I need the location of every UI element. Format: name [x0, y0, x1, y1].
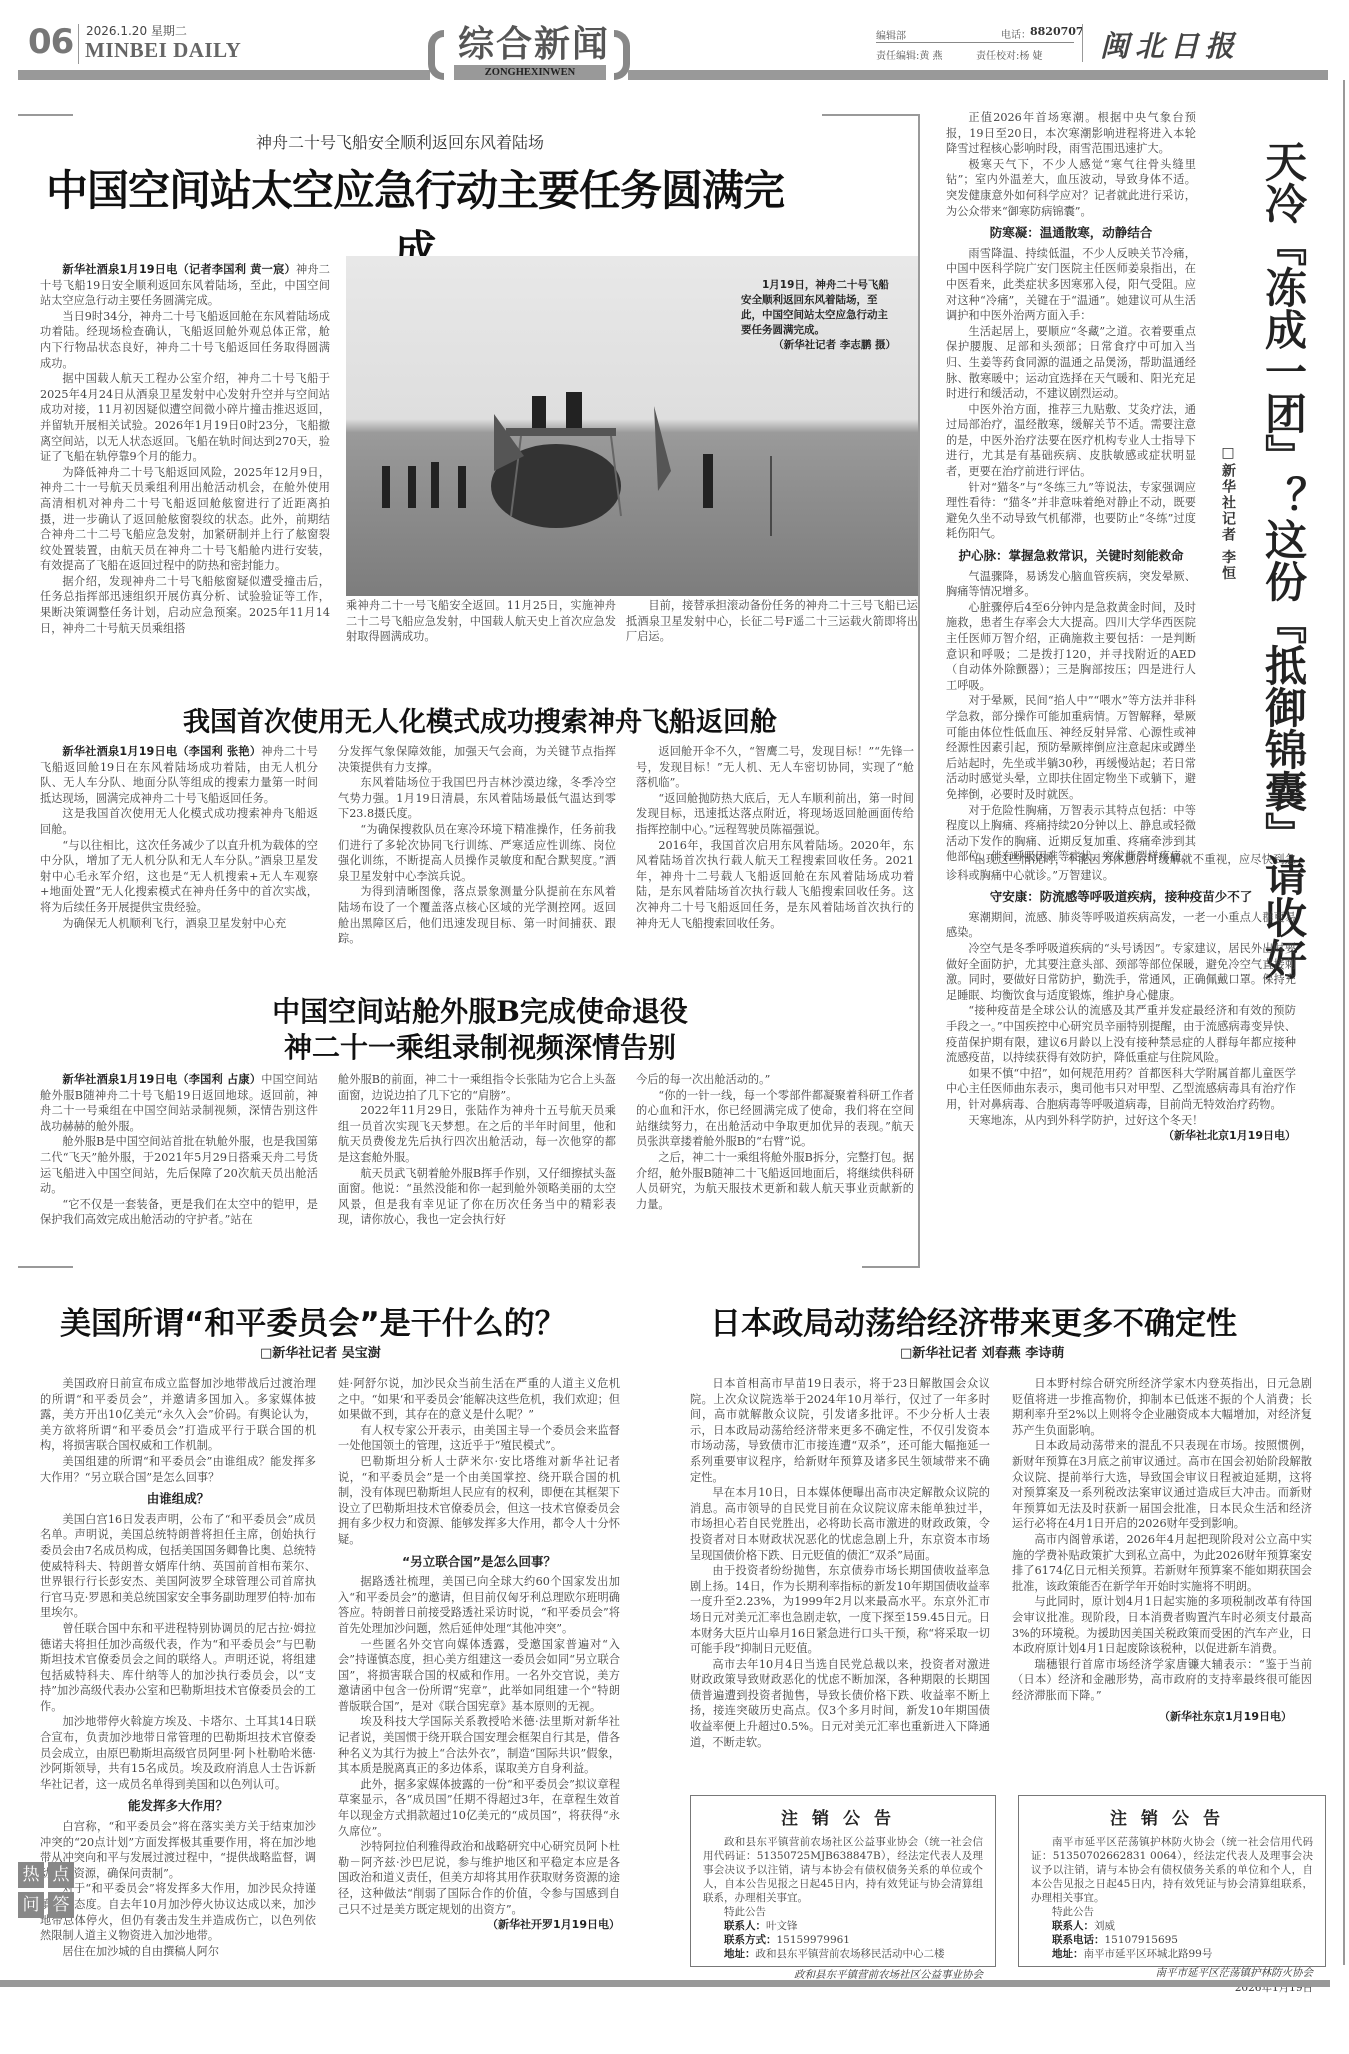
value: 叶文锋	[766, 1920, 798, 1932]
byline: □新华社记者 刘春燕 李诗萌	[900, 1342, 1064, 1361]
label: 地址：	[1052, 1948, 1084, 1960]
article-body-col2: 乘神舟二十一号飞船安全返回。11月25日，实施神舟二十二号飞船应急发射，中国载人…	[346, 598, 616, 645]
notice-deregistration-2: 注销公告 南平市延平区茫荡镇护林防火协会（统一社会信用代码证：513507026…	[1018, 1795, 1326, 1967]
photo-caption: 1月19日，神舟二十号飞船安全顺利返回东风着陆场，至此，中国空间站太空应急行动主…	[741, 278, 896, 353]
notice-contact: 联系人：刘威	[1031, 1919, 1313, 1933]
dateline: （新华社北京1月19日电）	[946, 1128, 1296, 1144]
badge-char: 问	[18, 1892, 44, 1918]
paragraph: 美国白宫16日发表声明，公布了“和平委员会”成员名单。声明说，美国总统特朗普将担…	[40, 1512, 316, 1621]
notice-address: 地址：政和县东平镇营前农场移民活动中心二楼	[703, 1947, 983, 1961]
phone-number: 8820707	[1030, 25, 1084, 38]
notice-phone: 联系电话：15107915695	[1031, 1933, 1313, 1947]
notice-body: 南平市延平区茫荡镇护林防火协会（统一社会信用代码证：51350702662831…	[1031, 1835, 1313, 1905]
paragraph: 日本政局动荡带来的混乱不只表现在市场。按照惯例，新财年预算在3月底之前审议通过。…	[1012, 1438, 1312, 1532]
footer-bar	[0, 1980, 1330, 1987]
notice-body: 政和县东平镇营前农场社区公益事业协会（统一社会信用代码证：51350725MJB…	[703, 1835, 983, 1905]
frame-line	[18, 1266, 73, 1268]
paragraph: 对于晕厥，民间“掐人中”“喂水”等方法并非科学急救，部分操作可能加重病情。万智解…	[946, 693, 1196, 802]
header-bar-right	[628, 70, 1328, 80]
notice-title: 注销公告	[703, 1804, 983, 1829]
paragraph: 此外，据多家媒体披露的一份“和平委员会”拟议章程草案显示，各“成员国”任期不得超…	[338, 1777, 620, 1839]
phone-label: 电话：	[1001, 30, 1031, 41]
paragraph: 寒潮期间，流感、肺炎等呼吸道疾病高发，一老一小重点人群更易感染。	[946, 910, 1296, 941]
label: 联系人：	[724, 1920, 766, 1932]
divider	[1082, 24, 1083, 62]
paragraph: 美国组建的所谓“和平委员会”由谁组成？能发挥多大作用？“另立联合国”是怎么回事？	[40, 1454, 316, 1485]
dateline: （新华社东京1月19日电）	[1012, 1709, 1312, 1725]
paragraph: 为得到清晰图像，落点景象测量分队提前在东风着陆场布设了一个覆盖落点核心区域的光学…	[338, 884, 616, 946]
section-title: 综合新闻	[458, 16, 610, 67]
paragraph: 舱外服B是中国空间站首批在轨舱外服，也是我国第二代“飞天”舱外服，于2021年5…	[40, 1134, 318, 1196]
proofreader: 责任校对:杨 婕	[976, 47, 1043, 62]
article-space-station-emergency: 神舟二十号飞船安全顺利返回东风着陆场 中国空间站太空应急行动主要任务圆满完成 新…	[40, 120, 920, 680]
article-headline-line1: 中国空间站舱外服B完成使命退役	[40, 990, 920, 1030]
paragraph: 埃及科技大学国际关系教授哈米德·法里斯对新华社记者说，美国惯于绕开联合国安理会框…	[338, 1714, 620, 1776]
label: 联系电话：	[1052, 1934, 1105, 1946]
paragraph: 极寒天气下，不少人感觉“寒气往骨头缝里钻”；室内外温差大，血压波动，导致身体不适…	[946, 157, 1196, 219]
paragraph: 据中国载人航天工程办公室介绍，神舟二十号飞船于2025年4月24日从酒泉卫星发射…	[40, 371, 330, 465]
article-body-col2: 分发挥气象保障效能，加强天气会商，为关键节点指挥决策提供有力支撑。 东风着陆场位…	[338, 744, 616, 947]
paragraph: 日本野村综合研究所经济学家木内登英指出，日元急剧贬值将进一步推高物价，抑制本已低…	[1012, 1376, 1312, 1438]
paragraph: 与此同时，原计划4月1日起实施的多项税制改革有待国会审议批准。现阶段，日本消费者…	[1012, 1594, 1312, 1656]
frame-line	[1343, 80, 1345, 1965]
paragraph: 之后，神二十一乘组将舱外服B拆分，完整打包。据介绍，舱外服B随神二十飞船返回地面…	[636, 1150, 914, 1212]
article-body-col1: 新华社酒泉1月19日电（记者李国利 黄一宸）神舟二十号飞船19日安全顺利返回东风…	[40, 262, 330, 636]
notice-deregistration-1: 注销公告 政和县东平镇营前农场社区公益事业协会（统一社会信用代码证：513507…	[690, 1795, 996, 1967]
paragraph: 娃·阿舒尔说，加沙民众当前生活在严重的人道主义危机之中。“如果‘和平委员会’能解…	[338, 1376, 620, 1423]
label: 联系人：	[1052, 1920, 1094, 1932]
article-unmanned-search: 我国首次使用无人化模式成功搜索神舟飞船返回舱 新华社酒泉1月19日电（李国利 张…	[40, 690, 920, 970]
subheading: 由谁组成？	[40, 1491, 316, 1507]
paragraph: 有人权专家公开表示，由美国主导一个委员会来监督一处他国领土的管理，这近乎于“殖民…	[338, 1423, 620, 1454]
paragraph: 2022年11月29日，张陆作为神舟十五号航天员乘组一员首次实现飞天梦想。在之后…	[338, 1103, 616, 1165]
notice-signature: 南平市延平区茫荡镇护林防火协会	[1031, 1965, 1313, 1980]
article-body-col2: 舱外服B的前面，神二十一乘组指令长张陆为它合上头盔面窗，边说边拍了几下它的“肩膀…	[338, 1072, 616, 1228]
frame-line	[862, 1266, 920, 1268]
dept-label: 编辑部	[876, 27, 906, 42]
header-bar	[18, 70, 430, 80]
paragraph: 加沙地带停火斡旋方埃及、卡塔尔、土耳其14日联合宣布，负责加沙地带日常管理的巴勒…	[40, 1714, 316, 1792]
article-japan-politics: 日本政局动荡给经济带来更多不确定性 □新华社记者 刘春燕 李诗萌 日本首相高市早…	[690, 1290, 1335, 1630]
byline: □新华社记者 李恒	[1218, 445, 1238, 582]
section-pinyin: ZONGHEXINWEN	[454, 65, 606, 80]
frame-line	[822, 114, 920, 116]
photo-credit: （新华社记者 李志鹏 摄）	[741, 338, 896, 353]
byline: □新华社记者 吴宝澍	[260, 1342, 381, 1361]
paragraph: 为确保无人机顺利飞行，酒泉卫星发射中心充	[40, 916, 318, 932]
article-body-col1: 新华社酒泉1月19日电（李国利 张艳）神舟二十号飞船返回舱19日在东风着陆场成功…	[40, 744, 318, 931]
paragraph: 由于投资者纷纷抛售，东京债券市场长期国债收益率急剧上扬。14日，作为长期利率指标…	[690, 1563, 990, 1657]
paragraph: 返回舱开伞不久，“智鹰二号，发现目标！”“先锋一号，发现目标！”无人机、无人车密…	[636, 744, 914, 791]
news-photo: 1月19日，神舟二十号飞船安全顺利返回东风着陆场，至此，中国空间站太空应急行动主…	[346, 256, 918, 596]
paragraph: 正值2026年首场寒潮。根据中央气象台预报，19日至20日，本次寒潮影响进程将进…	[946, 110, 1196, 157]
paragraph: 东风着陆场位于我国巴丹吉林沙漠边缘，冬季冷空气势力强。1月19日清晨，东风着陆场…	[338, 775, 616, 822]
paragraph: 针对“猫冬”与“冬练三九”等说法，专家强调应理性看待：“猫冬”并非意味着绝对静止…	[946, 480, 1196, 542]
article-cold-weather-health: 正值2026年首场寒潮。根据中央气象台预报，19日至20日，本次寒潮影响进程将进…	[940, 100, 1340, 1270]
paragraph: 居住在加沙城的自由撰稿人阿尔	[40, 1944, 316, 1960]
article-body-col3: 返回舱开伞不久，“智鹰二号，发现目标！”“先锋一号，发现目标！”无人机、无人车密…	[636, 744, 914, 931]
divider	[78, 24, 79, 64]
paper-logo: 闽北日报	[1100, 24, 1240, 65]
paragraph: “与以往相比，这次任务减少了以直升机为载体的空中分队，增加了无人机分队和无人车分…	[40, 838, 318, 916]
photo-caption-text: 1月19日，神舟二十号飞船安全顺利返回东风着陆场，至此，中国空间站太空应急行动主…	[741, 278, 896, 338]
article-body-col1: 新华社酒泉1月19日电（李国利 占康）中国空间站舱外服B随神舟二十号飞船19日返…	[40, 1072, 318, 1228]
article-headline-line2: 神二十一乘组录制视频深情告别	[40, 1026, 920, 1066]
paragraph: 舱外服B的前面，神二十一乘组指令长张陆为它合上头盔面窗，边说边拍了几下它的“肩膀…	[338, 1072, 616, 1103]
paragraph: 乘神舟二十一号飞船安全返回。11月25日，实施神舟二十二号飞船应急发射，中国载人…	[346, 598, 616, 645]
article-body-col2: 日本野村综合研究所经济学家木内登英指出，日元急剧贬值将进一步推高物价，抑制本已低…	[1012, 1376, 1312, 1725]
hot-qa-badge: 热 点 问 答	[18, 1862, 74, 1918]
paragraph: 白宫称，“和平委员会”将在落实美方关于结束加沙冲突的“20点计划”方面发挥极其重…	[40, 1819, 316, 1881]
article-lead: 新华社酒泉1月19日电（记者李国利 黄一宸）	[62, 263, 296, 276]
paragraph: 心脏骤停后4至6分钟内是急救黄金时间，及时施救，患者生存率会大大提高。四川大学华…	[946, 600, 1196, 694]
article-body-col1: 美国政府日前宣布成立监督加沙地带战后过渡治理的所谓“和平委员会”，并邀请多国加入…	[40, 1376, 316, 1959]
paragraph: 中医外治方面，推荐三九贴敷、艾灸疗法，通过局部治疗，温经散寒，缓解关节不适。需要…	[946, 402, 1196, 480]
issue-date: 2026.1.20 星期二	[86, 22, 187, 39]
paragraph: 为降低神舟二十号飞船返回风险，2025年12月9日，神舟二十一号航天员乘组利用出…	[40, 465, 330, 574]
paragraph: 2016年，我国首次启用东风着陆场。2020年，东风着陆场首次执行载人航天工程搜…	[636, 838, 914, 932]
paragraph: 据路透社梳理，美国已向全球大约60个国家发出加入“和平委员会”的邀请，但目前仅匈…	[338, 1574, 620, 1636]
paragraph: 冷空气是冬季呼吸道疾病的“头号诱因”。专家建议，居民外出时要做好全面防护，尤其要…	[946, 941, 1296, 1003]
paragraph: 据介绍，发现神舟二十号飞船舷窗疑似遭受撞击后，任务总指挥部迅速组织开展仿真分析、…	[40, 574, 330, 636]
paragraph: 沙特阿拉伯利雅得政治和战略研究中心研究员阿卜杜勒－阿齐兹·沙巴尼说，参与维护地区…	[338, 1839, 620, 1917]
article-peace-board: 美国所谓“和平委员会”是干什么的？ □新华社记者 吴宝澍 美国政府日前宣布成立监…	[40, 1290, 680, 1970]
label: 联系方式：	[724, 1934, 777, 1946]
paragraph: 当日9时34分，神舟二十号飞船返回舱在东风着陆场成功着陆。经现场检查确认，飞船返…	[40, 309, 330, 371]
value: 政和县东平镇营前农场移民活动中心二楼	[756, 1948, 945, 1960]
badge-char: 答	[48, 1892, 74, 1918]
badge-char: 点	[48, 1862, 74, 1888]
article-body-col1: 日本首相高市早苗19日表示，将于23日解散国会众议院。上次众议院选举于2024年…	[690, 1376, 990, 1750]
paragraph: “出现这些情况时，不能因为休息后可缓解就不重视，应尽快到急诊科或胸痛中心就诊。”…	[946, 852, 1296, 883]
paragraph: 瑞穗银行首席市场经济学家唐镰大辅表示：“鉴于当前（日本）经济和金融形势，高市政府…	[1012, 1657, 1312, 1704]
paragraph: 曾任联合国中东和平进程特别协调员的尼古拉·姆拉德诺夫将担任加沙高级代表，作为“和…	[40, 1621, 316, 1715]
value: 刘威	[1094, 1920, 1115, 1932]
article-headline: 我国首次使用无人化模式成功搜索神舟飞船返回舱	[40, 700, 920, 739]
value: 南平市延平区环城北路99号	[1084, 1948, 1213, 1960]
paragraph: 早在本月10日，日本媒体便曝出高市决定解散众议院的消息。高市领导的自民党目前在众…	[690, 1485, 990, 1563]
frame-line	[18, 114, 73, 116]
article-spacesuit-retired: 中国空间站舱外服B完成使命退役 神二十一乘组录制视频深情告别 新华社酒泉1月19…	[40, 990, 920, 1270]
subheading: 护心脉：掌握急救常识，关键时刻能救命	[946, 548, 1196, 564]
paragraph: 高市内阁曾承诺，2026年4月起把现阶段对公立高中实施的学费补贴政策扩大到私立高…	[1012, 1532, 1312, 1594]
label: 地址：	[724, 1948, 756, 1960]
responsible-editor: 责任编辑:黄 燕	[876, 47, 943, 62]
paragraph: 美国政府日前宣布成立监督加沙地带战后过渡治理的所谓“和平委员会”，并邀请多国加入…	[40, 1376, 316, 1454]
notice-address: 地址：南平市延平区环城北路99号	[1031, 1947, 1313, 1961]
notice-closing: 特此公告	[703, 1905, 983, 1919]
paragraph: “返回舱抛防热大底后，无人车顺利前出，第一时间发现目标，迅速抵达落点附近，将现场…	[636, 791, 914, 838]
subheading: 守安康：防流感等呼吸道疾病，接种疫苗少不了	[946, 889, 1296, 905]
paragraph: “接种疫苗是全球公认的流感及其严重并发症最经济和有效的预防手段之一。”中国疾控中…	[946, 1003, 1296, 1065]
paragraph: 巴勒斯坦分析人士萨米尔·安比塔维对新华社记者说，“和平委员会”是一个由美国掌控、…	[338, 1454, 620, 1548]
badge-char: 热	[18, 1862, 44, 1888]
article-headline: 日本政局动荡给经济带来更多不确定性	[710, 1298, 1310, 1343]
article-headline: 美国所谓“和平委员会”是干什么的？	[60, 1298, 660, 1343]
paragraph: 天寒地冻，从内到外科学防护，过好这个冬天！	[946, 1113, 1296, 1129]
paragraph: 日本首相高市早苗19日表示，将于23日解散国会众议院。上次众议院选举于2024年…	[690, 1376, 990, 1485]
paragraph: “你的一针一线，每一个零部件都凝聚着科研工作者的心血和汗水，你已经圆满完成了使命…	[636, 1088, 914, 1150]
paragraph: 分发挥气象保障效能，加强天气会商，为关键节点指挥决策提供有力支撑。	[338, 744, 616, 775]
paragraph: 气温骤降，易诱发心脑血管疾病，突发晕厥、胸痛等情况增多。	[946, 569, 1196, 600]
paper-name-en: MINBEI DAILY	[85, 38, 241, 63]
subheading: “另立联合国”是怎么回事？	[338, 1554, 620, 1570]
paragraph: 航天员武飞朝着舱外服B挥手作别，又仔细擦拭头盔面窗。他说：“虽然没能和你一起到舱…	[338, 1166, 616, 1228]
subheading: 防寒凝：温通散寒，动静结合	[946, 225, 1196, 241]
paragraph: 对于“和平委员会”将发挥多大作用，加沙民众持谨慎观望态度。自去年10月加沙停火协…	[40, 1881, 316, 1943]
page-number: 06	[28, 22, 73, 62]
article-kicker: 神舟二十号飞船安全顺利返回东风着陆场	[40, 130, 760, 153]
article-body-col3: 目前，接替承担滚动备份任务的神舟二十三号飞船已运抵酒泉卫星发射中心，长征二号F遥…	[626, 598, 918, 645]
bracket-left	[428, 30, 444, 80]
divider	[876, 42, 1074, 43]
paragraph: “它不仅是一套装备，更是我们在太空中的铠甲，是保护我们高效完成出舱活动的守护者。…	[40, 1197, 318, 1228]
paragraph: 生活起居上，要顺应“冬藏”之道。衣着要重点保护腰腹、足部和头颈部；日常食疗中可加…	[946, 324, 1196, 402]
notice-contact: 联系人：叶文锋	[703, 1919, 983, 1933]
paragraph: 一些匿名外交官向媒体透露，受邀国家普遍对“入会”持谨慎态度，担心美方组建这一委员…	[338, 1637, 620, 1715]
paragraph: 今后的每一次出舱活动的。”	[636, 1072, 914, 1088]
article-lead: 新华社酒泉1月19日电（李国利 张艳）	[62, 745, 261, 758]
paragraph: “为确保搜救队员在寒冷环境下精准操作，任务前我们进行了多轮次协同飞行训练、严寒适…	[338, 822, 616, 884]
value: 15159979961	[777, 1934, 851, 1946]
paragraph: 这是我国首次使用无人化模式成功搜索神舟飞船返回舱。	[40, 806, 318, 837]
masthead: 06 2026.1.20 星期二 MINBEI DAILY 综合新闻 ZONGH…	[0, 0, 1349, 80]
value: 15107915695	[1105, 1934, 1179, 1946]
notice-closing: 特此公告	[1031, 1905, 1313, 1919]
subheading: 能发挥多大作用？	[40, 1798, 316, 1814]
paragraph: 如果不慎“中招”，如何规范用药？首都医科大学附属首都儿童医学中心主任医师曲东表示…	[946, 1066, 1296, 1113]
article-body-col3: 今后的每一次出舱活动的。” “你的一针一线，每一个零部件都凝聚着科研工作者的心血…	[636, 1072, 914, 1212]
dateline: （新华社开罗1月19日电）	[338, 1917, 620, 1933]
article-body-col2: 娃·阿舒尔说，加沙民众当前生活在严重的人道主义危机之中。“如果‘和平委员会’能解…	[338, 1376, 620, 1933]
article-lead: 新华社酒泉1月19日电（李国利 占康）	[62, 1073, 261, 1086]
paragraph: 高市去年10月4日当选自民党总裁以来，投资者对激进财政政策导致财政恶化的忧虑不断…	[690, 1657, 990, 1751]
article-body-lower: “出现这些情况时，不能因为休息后可缓解就不重视，应尽快到急诊科或胸痛中心就诊。”…	[946, 852, 1296, 1144]
article-body-upper: 正值2026年首场寒潮。根据中央气象台预报，19日至20日，本次寒潮影响进程将进…	[946, 110, 1196, 865]
paragraph: 目前，接替承担滚动备份任务的神舟二十三号飞船已运抵酒泉卫星发射中心，长征二号F遥…	[626, 598, 918, 645]
notice-phone: 联系方式：15159979961	[703, 1933, 983, 1947]
phone: 电话：	[975, 26, 1031, 41]
notice-title: 注销公告	[1031, 1804, 1313, 1829]
paragraph: 雨雪降温、持续低温，不少人反映关节冷痛，中国中医科学院广安门医院主任医师姜泉指出…	[946, 246, 1196, 324]
